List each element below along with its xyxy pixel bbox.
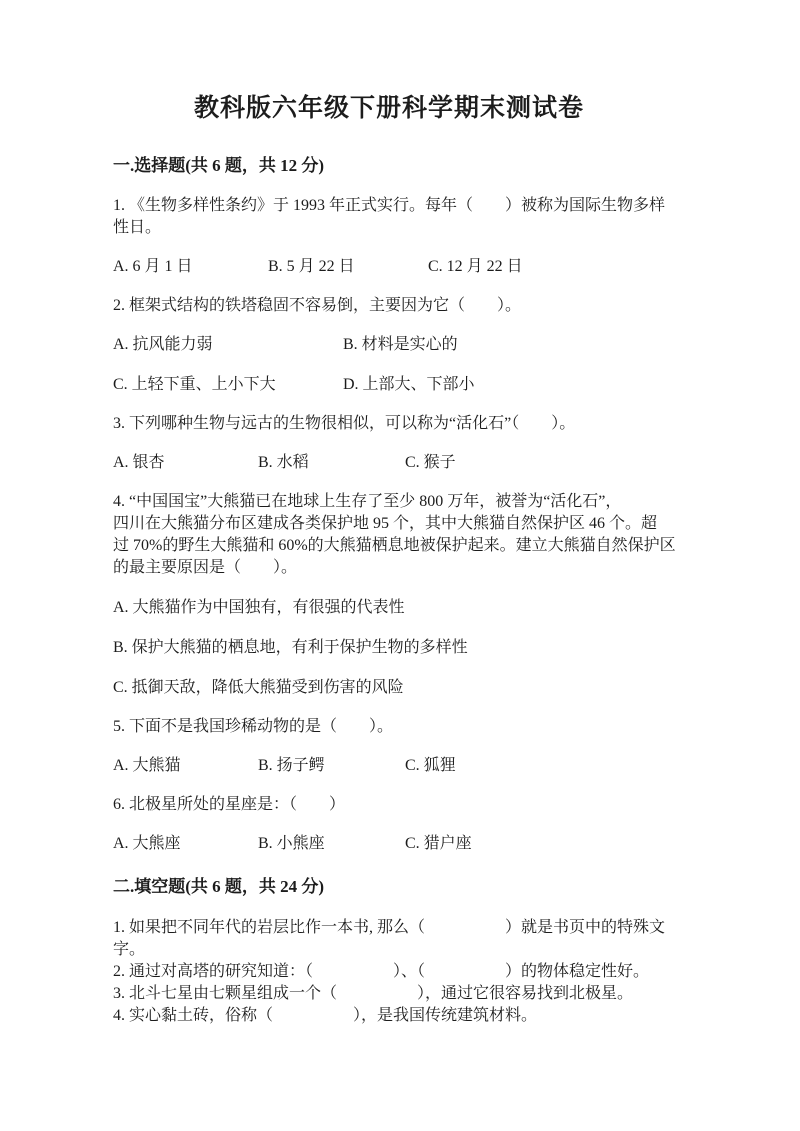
option-b: B. 5 月 22 日: [268, 256, 428, 278]
question-4-option-b: B. 保护大熊猫的栖息地，有利于保护生物的多样性: [113, 637, 695, 659]
question-4-text: 4. “中国国宝”大熊猫已在地球上生存了至少 800 万年，被誉为“活化石”， …: [113, 491, 695, 579]
exam-paper-page: 教科版六年级下册科学期末测试卷 一.选择题(共 6 题，共 12 分) 1. 《…: [0, 0, 800, 1131]
option-b: B. 水稻: [258, 452, 405, 474]
option-a: A. 6 月 1 日: [113, 256, 268, 278]
option-b: B. 小熊座: [258, 833, 405, 855]
option-a: A. 大熊猫: [113, 755, 258, 777]
section-heading-choice: 一.选择题(共 6 题，共 12 分): [113, 154, 695, 178]
question-5-text: 5. 下面不是我国珍稀动物的是（ ）。: [113, 716, 695, 738]
option-c: C. 12 月 22 日: [428, 256, 695, 278]
question-6-options: A. 大熊座 B. 小熊座 C. 猎户座: [113, 833, 695, 855]
option-b: B. 材料是实心的: [343, 334, 695, 356]
fill-item-4: 4. 实心黏土砖，俗称（ ），是我国传统建筑材料。: [113, 1005, 695, 1027]
question-2-text: 2. 框架式结构的铁塔稳固不容易倒，主要因为它（ ）。: [113, 295, 695, 317]
section-multiple-choice: 一.选择题(共 6 题，共 12 分) 1. 《生物多样性条约》于 1993 年…: [113, 154, 695, 855]
question-5-options: A. 大熊猫 B. 扬子鳄 C. 狐狸: [113, 755, 695, 777]
option-c: C. 上轻下重、上小下大: [113, 374, 343, 396]
question-4-option-c: C. 抵御天敌，降低大熊猫受到伤害的风险: [113, 677, 695, 699]
option-c: C. 狐狸: [405, 755, 695, 777]
fill-item-1: 1. 如果把不同年代的岩层比作一本书, 那么（ ）就是书页中的特殊文 字。: [113, 917, 695, 961]
option-d: D. 上部大、下部小: [343, 374, 695, 396]
option-a: A. 银杏: [113, 452, 258, 474]
question-1-options: A. 6 月 1 日 B. 5 月 22 日 C. 12 月 22 日: [113, 256, 695, 278]
section-fill-in-blank: 二.填空题(共 6 题，共 24 分) 1. 如果把不同年代的岩层比作一本书, …: [113, 875, 695, 1027]
question-1-text: 1. 《生物多样性条约》于 1993 年正式实行。每年（ ）被称为国际生物多样 …: [113, 195, 695, 239]
fill-item-3: 3. 北斗七星由七颗星组成一个（ ），通过它很容易找到北极星。: [113, 983, 695, 1005]
option-c: C. 猎户座: [405, 833, 695, 855]
option-a: A. 抗风能力弱: [113, 334, 343, 356]
question-4-option-a: A. 大熊猫作为中国独有，有很强的代表性: [113, 597, 695, 619]
section-heading-fill: 二.填空题(共 6 题，共 24 分): [113, 875, 695, 899]
page-title: 教科版六年级下册科学期末测试卷: [113, 88, 665, 124]
question-3-text: 3. 下列哪种生物与远古的生物很相似，可以称为“活化石”（ ）。: [113, 413, 695, 435]
option-c: C. 猴子: [405, 452, 695, 474]
question-3-options: A. 银杏 B. 水稻 C. 猴子: [113, 452, 695, 474]
question-6-text: 6. 北极星所处的星座是：（ ）: [113, 794, 695, 816]
fill-item-2: 2. 通过对高塔的研究知道：（ ）、（ ）的物体稳定性好。: [113, 961, 695, 983]
question-2-options: A. 抗风能力弱 B. 材料是实心的 C. 上轻下重、上小下大 D. 上部大、下…: [113, 334, 695, 396]
option-b: B. 扬子鳄: [258, 755, 405, 777]
option-a: A. 大熊座: [113, 833, 258, 855]
